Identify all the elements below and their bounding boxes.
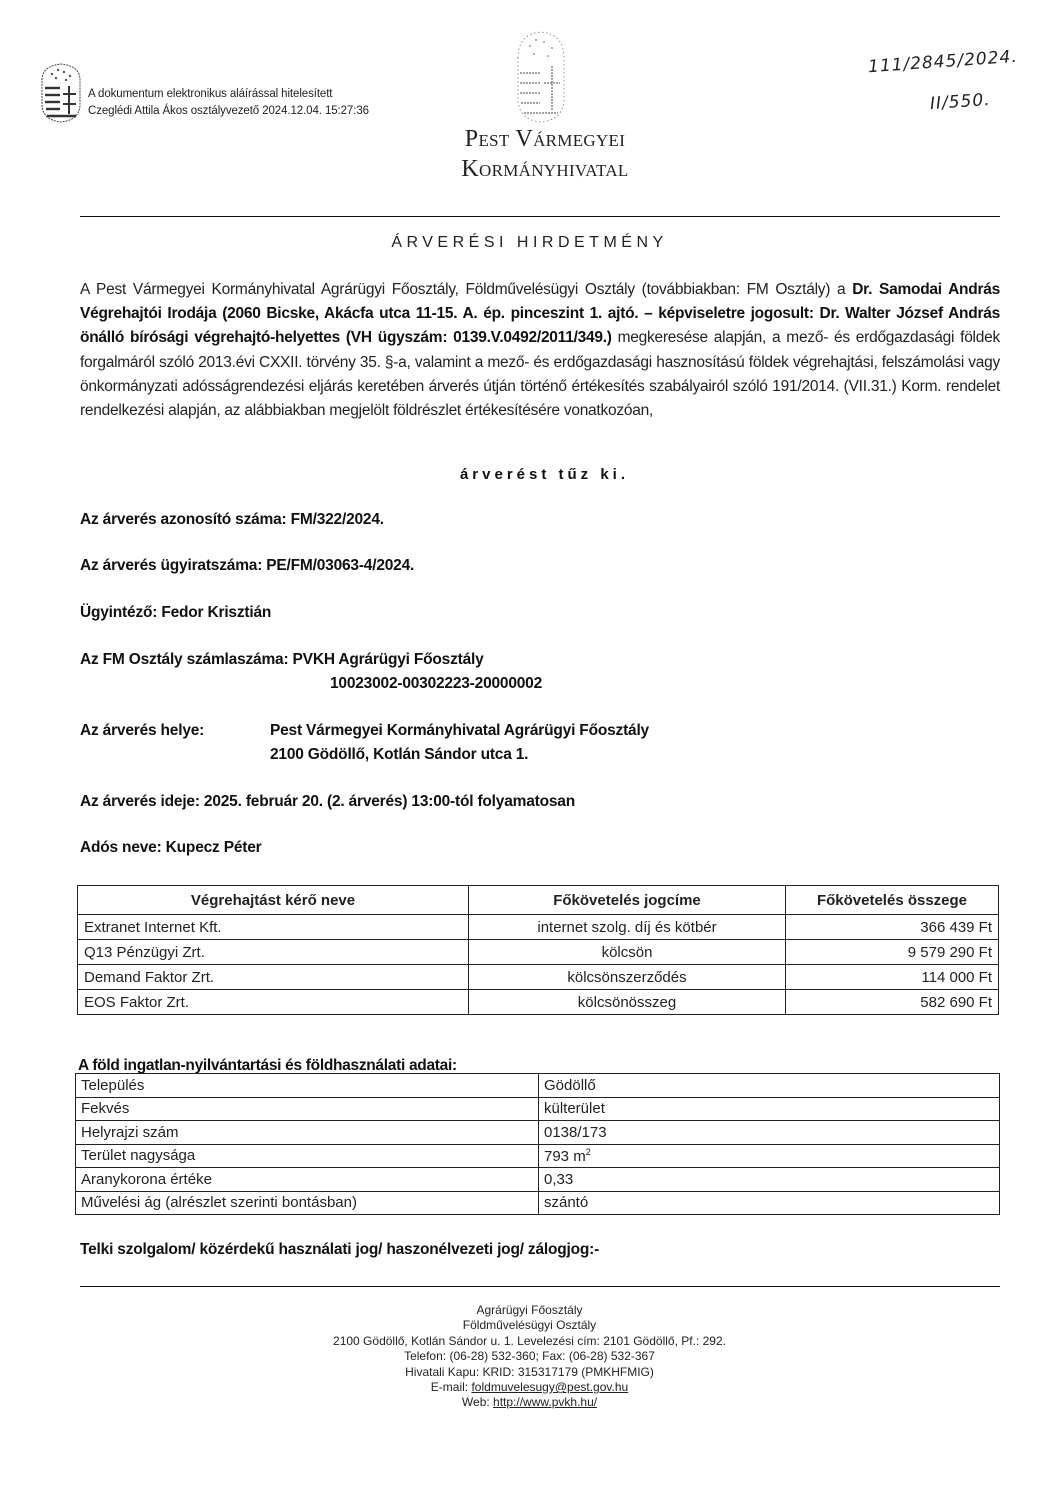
case-number-value: PE/FM/03063-4/2024. [266,557,414,574]
account-name: PVKH Agrárügyi Főosztály [293,651,484,668]
creditor-name: EOS Faktor Zrt. [78,990,469,1015]
debtor-label: Adós neve: [80,839,162,856]
signature-line-2: Czeglédi Attila Ákos osztályvezető 2024.… [88,103,369,120]
email-link[interactable]: foldmuvelesugy@pest.gov.hu [471,1380,628,1394]
land-attr-label: Település [76,1074,539,1098]
land-attr-label: Fekvés [76,1097,539,1121]
auction-time-label: Az árverés ideje: [80,793,200,810]
claims-table-header: Végrehajtást kérő neve Főkövetelés jogcí… [78,886,999,915]
land-attr-value: Gödöllő [539,1074,1000,1098]
issuing-organization: Pest Vármegyei Kormányhivatal [440,124,650,184]
handwritten-file-number: 111/2845/2024. [867,47,1018,77]
auction-id-value: FM/322/2024. [291,511,384,528]
org-name-line-2: Kormányhivatal [440,154,650,184]
case-number-label: Az árverés ügyiratszáma: [80,557,262,574]
land-attr-value: 0,33 [539,1168,1000,1192]
claim-amount: 582 690 Ft [786,990,999,1015]
land-attr-value-cell: 793 m2 [539,1144,1000,1168]
land-attr-label: Művelési ág (alrészlet szerinti bontásba… [76,1191,539,1215]
land-area-value: 793 m [544,1148,586,1165]
footer-divider [80,1286,1000,1287]
org-name-line-1: Pest Vármegyei [440,124,650,154]
creditor-name: Demand Faktor Zrt. [78,965,469,990]
clerk-field: Ügyintéző: Fedor Krisztián [80,604,271,622]
table-row: Aranykorona értéke 0,33 [76,1168,1000,1192]
footer-department: Agrárügyi Főosztály [0,1303,1059,1318]
signature-line-1: A dokumentum elektronikus aláírással hit… [88,86,369,103]
footer-address: 2100 Gödöllő, Kotlán Sándor u. 1. Levele… [0,1334,1059,1349]
land-attr-value: 0138/173 [539,1121,1000,1145]
table-row: Q13 Pénzügyi Zrt. kölcsön 9 579 290 Ft [78,940,999,965]
claims-table: Végrehajtást kérő neve Főkövetelés jogcí… [77,885,999,1015]
footer-division: Földművelésügyi Osztály [0,1318,1059,1333]
handwritten-sub-number: II/550. [929,90,991,114]
claim-amount: 114 000 Ft [786,965,999,990]
table-row: EOS Faktor Zrt. kölcsönösszeg 582 690 Ft [78,990,999,1015]
location-line-1: Pest Vármegyei Kormányhivatal Agrárügyi … [270,722,649,740]
encumbrance-line: Telki szolgalom/ közérdekű használati jo… [80,1241,599,1259]
web-label: Web: [462,1395,493,1409]
account-number: 10023002-00302223-20000002 [330,675,542,693]
debtor-field: Adós neve: Kupecz Péter [80,839,261,857]
electronic-signature-note: A dokumentum elektronikus aláírással hit… [88,86,369,120]
clerk-label: Ügyintéző: [80,604,157,621]
land-attr-label: Terület nagysága [76,1144,539,1168]
table-row: Helyrajzi szám 0138/173 [76,1121,1000,1145]
land-attr-value: szántó [539,1191,1000,1215]
location-line-2: 2100 Gödöllő, Kotlán Sándor utca 1. [270,746,528,764]
location-label: Az árverés helye: [80,722,204,740]
account-field: Az FM Osztály számlaszáma: PVKH Agrárügy… [80,651,484,669]
claim-amount: 366 439 Ft [786,915,999,940]
table-row: Fekvés külterület [76,1097,1000,1121]
creditor-name: Q13 Pénzügyi Zrt. [78,940,469,965]
intro-paragraph: A Pest Vármegyei Kormányhivatal Agrárügy… [80,278,1000,423]
header-divider [80,216,1000,217]
land-attr-label: Aranykorona értéke [76,1168,539,1192]
table-row: Művelési ág (alrészlet szerinti bontásba… [76,1191,1000,1215]
land-attr-value: külterület [539,1097,1000,1121]
land-data-table: Település Gödöllő Fekvés külterület Hely… [75,1073,1000,1215]
claim-title: internet szolg. díj és kötbér [469,915,786,940]
claim-title: kölcsön [469,940,786,965]
table-row: Extranet Internet Kft. internet szolg. d… [78,915,999,940]
table-row: Terület nagysága 793 m2 [76,1144,1000,1168]
footer-web-row: Web: http://www.pvkh.hu/ [0,1395,1059,1410]
case-number-field: Az árverés ügyiratszáma: PE/FM/03063-4/2… [80,557,414,575]
creditor-name: Extranet Internet Kft. [78,915,469,940]
debtor-value: Kupecz Péter [166,839,262,856]
table-row: Demand Faktor Zrt. kölcsönszerződés 114 … [78,965,999,990]
claim-title: kölcsönszerződés [469,965,786,990]
website-link[interactable]: http://www.pvkh.hu/ [493,1395,597,1409]
coat-of-arms-icon [38,60,84,124]
auction-decree: árverést tűz ki. [0,466,1059,483]
clerk-value: Fedor Krisztián [161,604,271,621]
claim-amount: 9 579 290 Ft [786,940,999,965]
footer-email-row: E-mail: foldmuvelesugy@pest.gov.hu [0,1380,1059,1395]
account-label: Az FM Osztály számlaszáma: [80,651,288,668]
auction-time-field: Az árverés ideje: 2025. február 20. (2. … [80,793,575,811]
col-header-claim-amount: Főkövetelés összege [786,886,999,915]
footer-contact: Agrárügyi Főosztály Földművelésügyi Oszt… [0,1303,1059,1411]
land-attr-label: Helyrajzi szám [76,1121,539,1145]
hungarian-coat-of-arms-icon [512,28,570,126]
footer-office-gateway: Hivatali Kapu: KRID: 315317179 (PMKHFMIG… [0,1365,1059,1380]
auction-time-value: 2025. február 20. (2. árverés) 13:00-tól… [204,793,575,810]
auction-id-field: Az árverés azonosító száma: FM/322/2024. [80,511,384,529]
auction-id-label: Az árverés azonosító száma: [80,511,287,528]
document-title: ÁRVERÉSI HIRDETMÉNY [0,234,1059,252]
footer-phone-fax: Telefon: (06-28) 532-360; Fax: (06-28) 5… [0,1349,1059,1364]
table-row: Település Gödöllő [76,1074,1000,1098]
intro-text-1: A Pest Vármegyei Kormányhivatal Agrárügy… [80,281,852,298]
area-unit-superscript: 2 [586,1147,591,1157]
col-header-creditor: Végrehajtást kérő neve [78,886,469,915]
col-header-claim-title: Főkövetelés jogcíme [469,886,786,915]
email-label: E-mail: [431,1380,472,1394]
claim-title: kölcsönösszeg [469,990,786,1015]
